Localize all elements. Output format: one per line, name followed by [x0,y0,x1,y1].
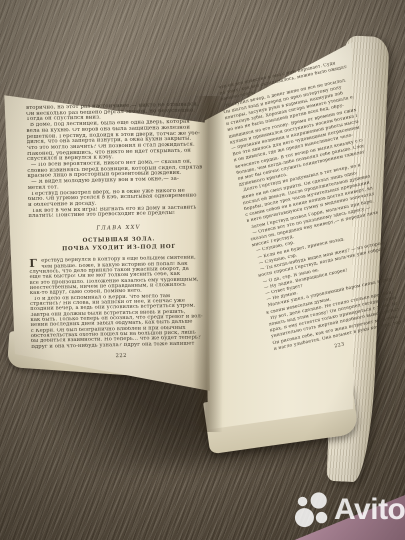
photo-of-open-book: вторично, на этот раз настойчивее,— никт… [0,0,405,540]
avito-watermark: Avito [294,490,405,530]
left-page-text: вторично, на этот раз настойчивее,— никт… [26,102,211,361]
chapter-kicker: ГЛАВА XXV [29,223,209,233]
drop-cap: Г [29,258,37,269]
left-body-paragraphs: Г ерствуд вернулся в контору в еще больш… [29,255,211,350]
chapter-title: ОСТЫВШАЯ ЗОЛА. ПОЧВА УХОДИТ ИЗ-ПОД НОГ [29,235,209,254]
avito-logo-icon [294,490,332,530]
avito-wordmark: Avito [334,490,405,530]
left-top-paragraphs: вторично, на этот раз настойчивее,— никт… [26,102,208,220]
